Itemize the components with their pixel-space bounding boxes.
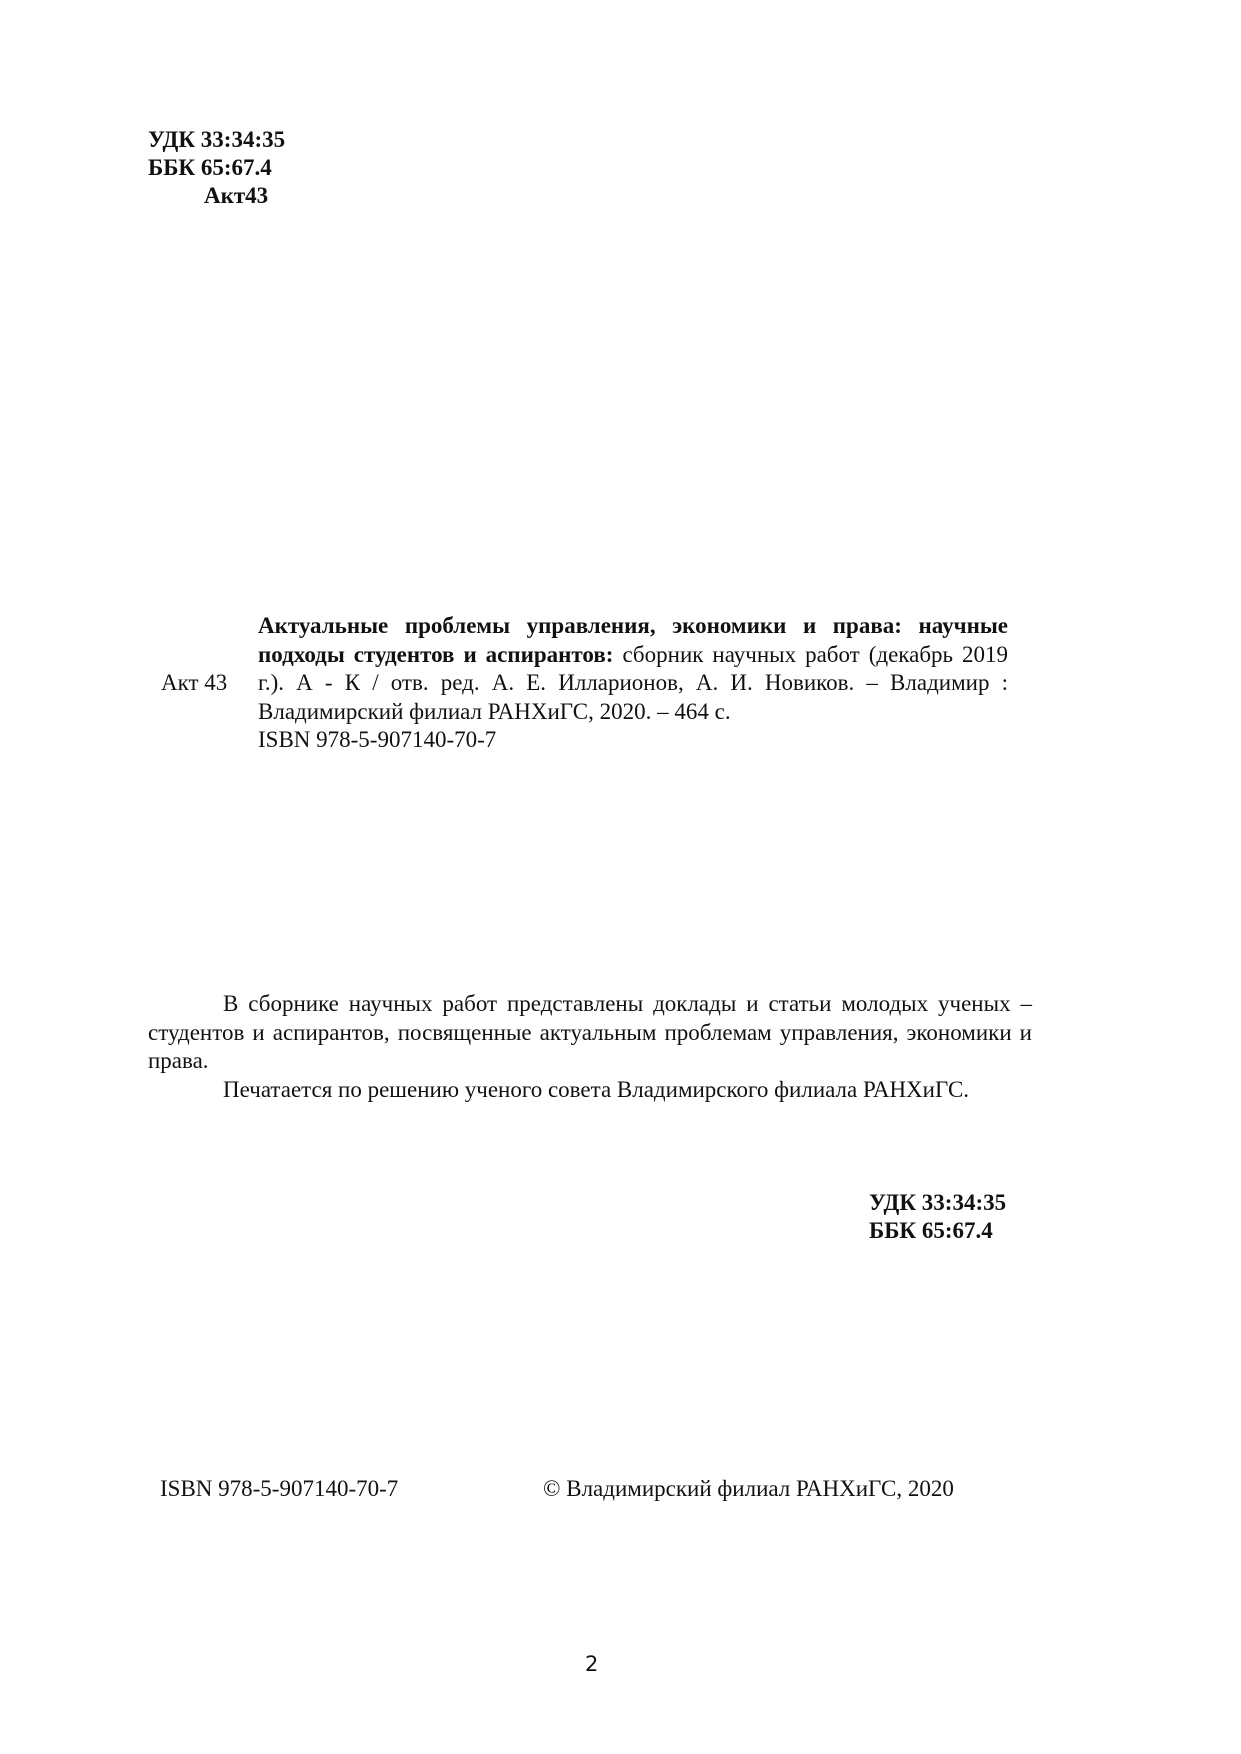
author-mark: Акт43 xyxy=(148,182,285,210)
udk-code-right: УДК 33:34:35 xyxy=(869,1189,1006,1217)
bibliographic-isbn: ISBN 978-5-907140-70-7 xyxy=(258,726,1008,755)
bibliographic-record: Актуальные проблемы управления, экономик… xyxy=(258,612,1008,755)
page-number: 2 xyxy=(585,1650,598,1678)
annotation: В сборнике научных работ представлены до… xyxy=(148,990,1032,1104)
copyright-notice: © Владимирский филиал РАНХиГС, 2020 xyxy=(543,1475,954,1503)
bbk-code: ББК 65:67.4 xyxy=(148,154,285,182)
footer-isbn: ISBN 978-5-907140-70-7 xyxy=(160,1475,398,1503)
bbk-code-right: ББК 65:67.4 xyxy=(869,1217,1006,1245)
bibliographic-author-mark: Акт 43 xyxy=(161,669,227,697)
classification-right: УДК 33:34:35 ББК 65:67.4 xyxy=(869,1189,1006,1245)
udk-code: УДК 33:34:35 xyxy=(148,126,285,154)
classification-header: УДК 33:34:35 ББК 65:67.4 Акт43 xyxy=(148,126,285,210)
annotation-paragraph: В сборнике научных работ представлены до… xyxy=(148,990,1032,1076)
annotation-paragraph: Печатается по решению ученого совета Вла… xyxy=(148,1076,1032,1105)
